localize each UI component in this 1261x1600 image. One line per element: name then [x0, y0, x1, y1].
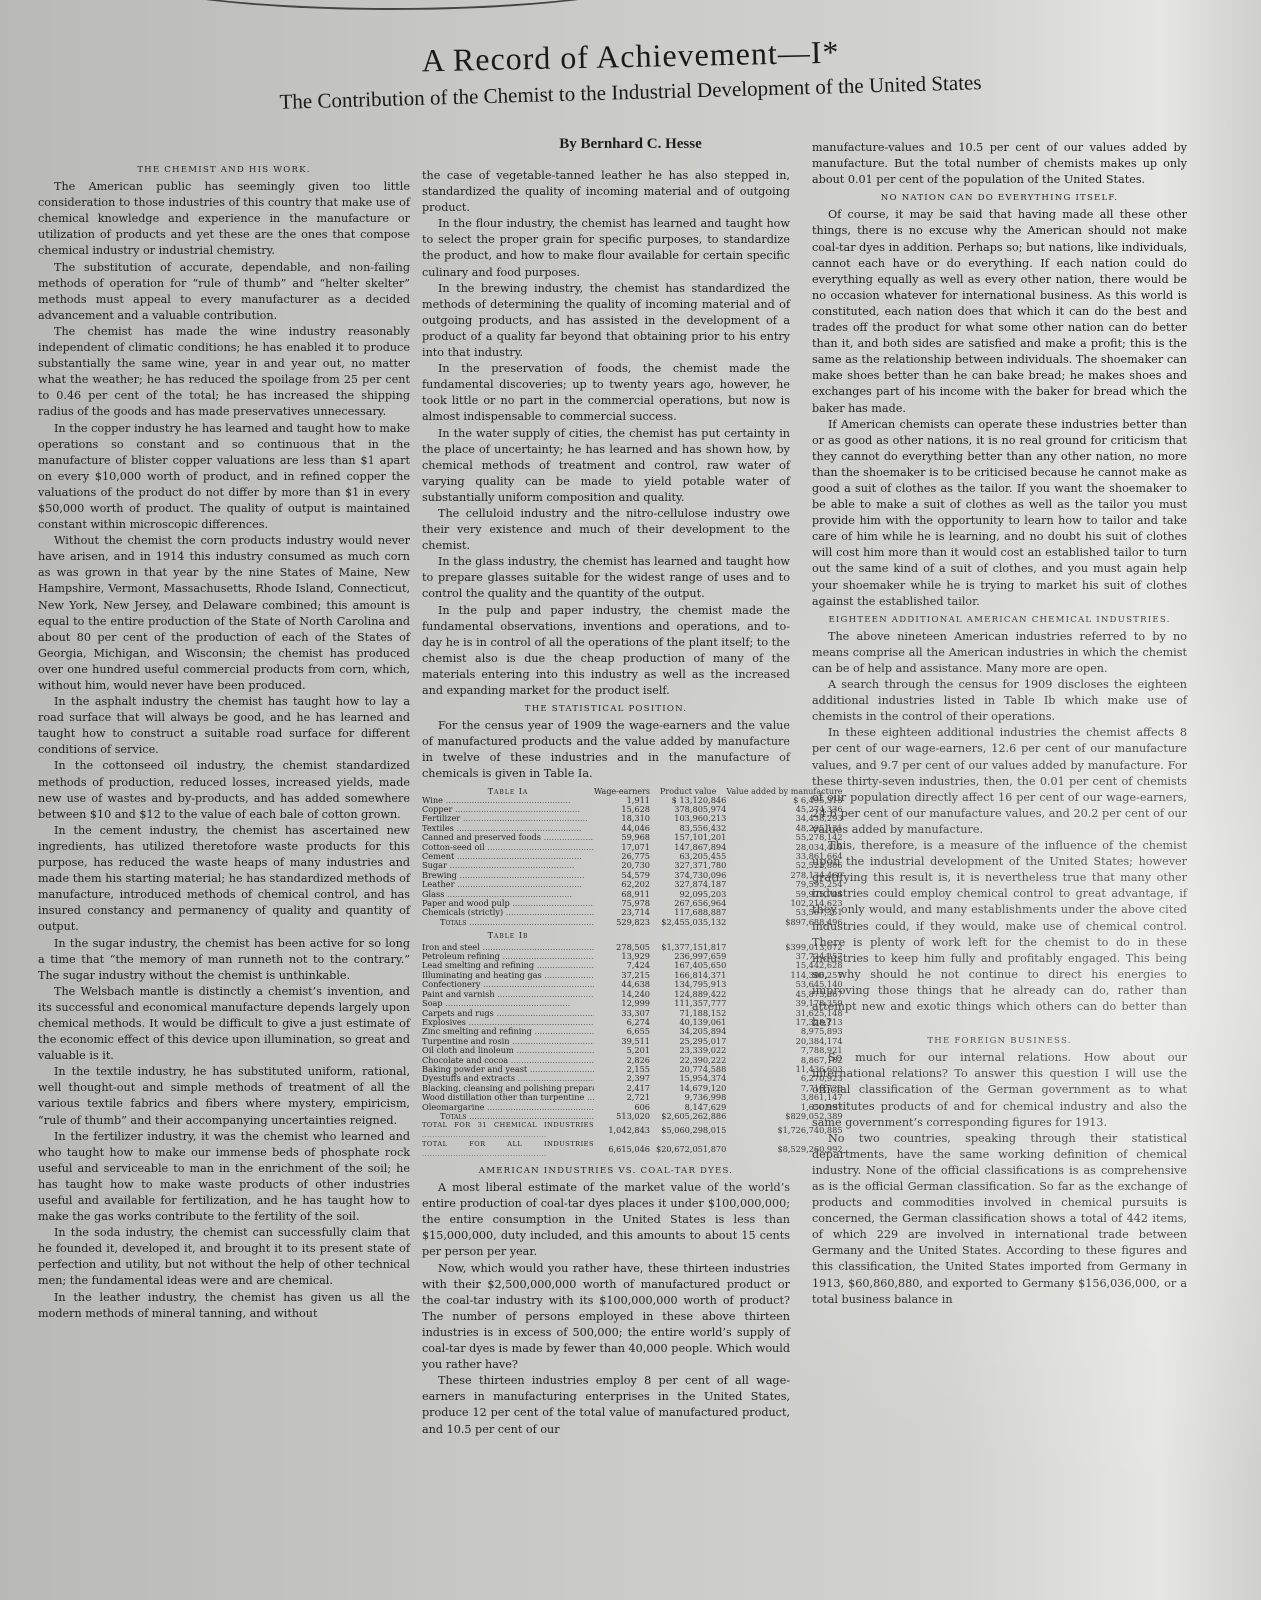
table-caption-ia: Table Ia [422, 787, 594, 796]
paragraph: In the copper industry he has learned an… [38, 421, 410, 534]
paragraph: In the textile industry, he has substitu… [38, 1064, 410, 1128]
paragraph: In the soda industry, the chemist can su… [38, 1225, 410, 1289]
section-heading: The statistical position. [422, 701, 790, 717]
paragraph: In the cement industry, the chemist has … [38, 823, 410, 936]
paragraph: The American public has seemingly given … [38, 179, 410, 259]
paragraph: In the fertilizer industry, it was the c… [38, 1129, 410, 1226]
paragraph: In the asphalt industry the chemist has … [38, 694, 410, 758]
table-row-total-all: Total for all industries 6,615,046 $20,6… [422, 1140, 843, 1159]
column-3: manufacture-values and 10.5 per cent of … [812, 140, 1187, 1308]
section-heading: The chemist and his work. [38, 162, 410, 178]
paragraph: If American chemists can operate these i… [812, 417, 1187, 610]
table-row-total-31: Total for 31 chemical industries 1,042,8… [422, 1121, 843, 1140]
paragraph: In these eighteen additional industries … [812, 725, 1187, 838]
paragraph: manufacture-values and 10.5 per cent of … [812, 140, 1187, 188]
paragraph: A most liberal estimate of the market va… [422, 1180, 790, 1260]
paragraph: This, therefore, is a measure of the inf… [812, 838, 1187, 1031]
table-row-total: Totals 513,020 $2,605,262,886 $829,052,3… [422, 1112, 843, 1121]
paragraph: A search through the census for 1909 dis… [812, 677, 1187, 725]
table-row-total: Totals 529,823 $2,455,035,132 $897,688,4… [422, 918, 843, 927]
column-1: The chemist and his work. The American p… [38, 160, 410, 1322]
section-heading: No nation can do everything itself. [812, 190, 1187, 206]
paragraph: In the water supply of cities, the chemi… [422, 426, 790, 506]
table-ib-body: Iron and steel278,505$1,377,151,817$399,… [422, 943, 843, 1112]
paragraph: The substitution of accurate, dependable… [38, 260, 410, 324]
paragraph: For the census year of 1909 the wage-ear… [422, 718, 790, 782]
paragraph: the case of vegetable-tanned leather he … [422, 168, 790, 216]
table-caption-row: Table Ib [422, 927, 843, 942]
paragraph: In the cottonseed oil industry, the chem… [38, 758, 410, 822]
table-row: Wood distillation other than turpentine2… [422, 1093, 843, 1102]
statistics-table: Table Ia Wage-earners Product value Valu… [422, 787, 843, 1159]
paragraph: The Welsbach mantle is distinctly a chem… [38, 984, 410, 1064]
section-heading: Eighteen additional American chemical in… [812, 612, 1187, 628]
paragraph: In the flour industry, the chemist has l… [422, 216, 790, 280]
paragraph: In the pulp and paper industry, the chem… [422, 603, 790, 700]
paragraph: These thirteen industries employ 8 per c… [422, 1373, 790, 1437]
table-caption-ib: Table Ib [422, 927, 594, 942]
paragraph: The celluloid industry and the nitro-cel… [422, 506, 790, 554]
paragraph: The chemist has made the wine industry r… [38, 324, 410, 421]
section-heading: The foreign business. [812, 1033, 1187, 1049]
paragraph: In the leather industry, the chemist has… [38, 1290, 410, 1322]
table-ia-body: Wine1,911$ 13,120,846$ 6,495,313Copper15… [422, 796, 843, 918]
paragraph: The above nineteen American industries r… [812, 629, 1187, 677]
paragraph: Now, which would you rather have, these … [422, 1261, 790, 1374]
paragraph: In the sugar industry, the chemist has b… [38, 936, 410, 984]
paragraph: Of course, it may be said that having ma… [812, 207, 1187, 416]
paragraph: So much for our internal relations. How … [812, 1050, 1187, 1130]
paragraph: In the preservation of foods, the chemis… [422, 361, 790, 425]
paragraph: In the glass industry, the chemist has l… [422, 554, 790, 602]
paragraph: Without the chemist the corn products in… [38, 533, 410, 694]
page-top-rule [110, 0, 674, 10]
column-2: the case of vegetable-tanned leather he … [422, 168, 790, 1438]
section-heading: American industries vs. coal-tar dyes. [422, 1163, 790, 1179]
paragraph: No two countries, speaking through their… [812, 1131, 1187, 1308]
paragraph: In the brewing industry, the chemist has… [422, 281, 790, 361]
